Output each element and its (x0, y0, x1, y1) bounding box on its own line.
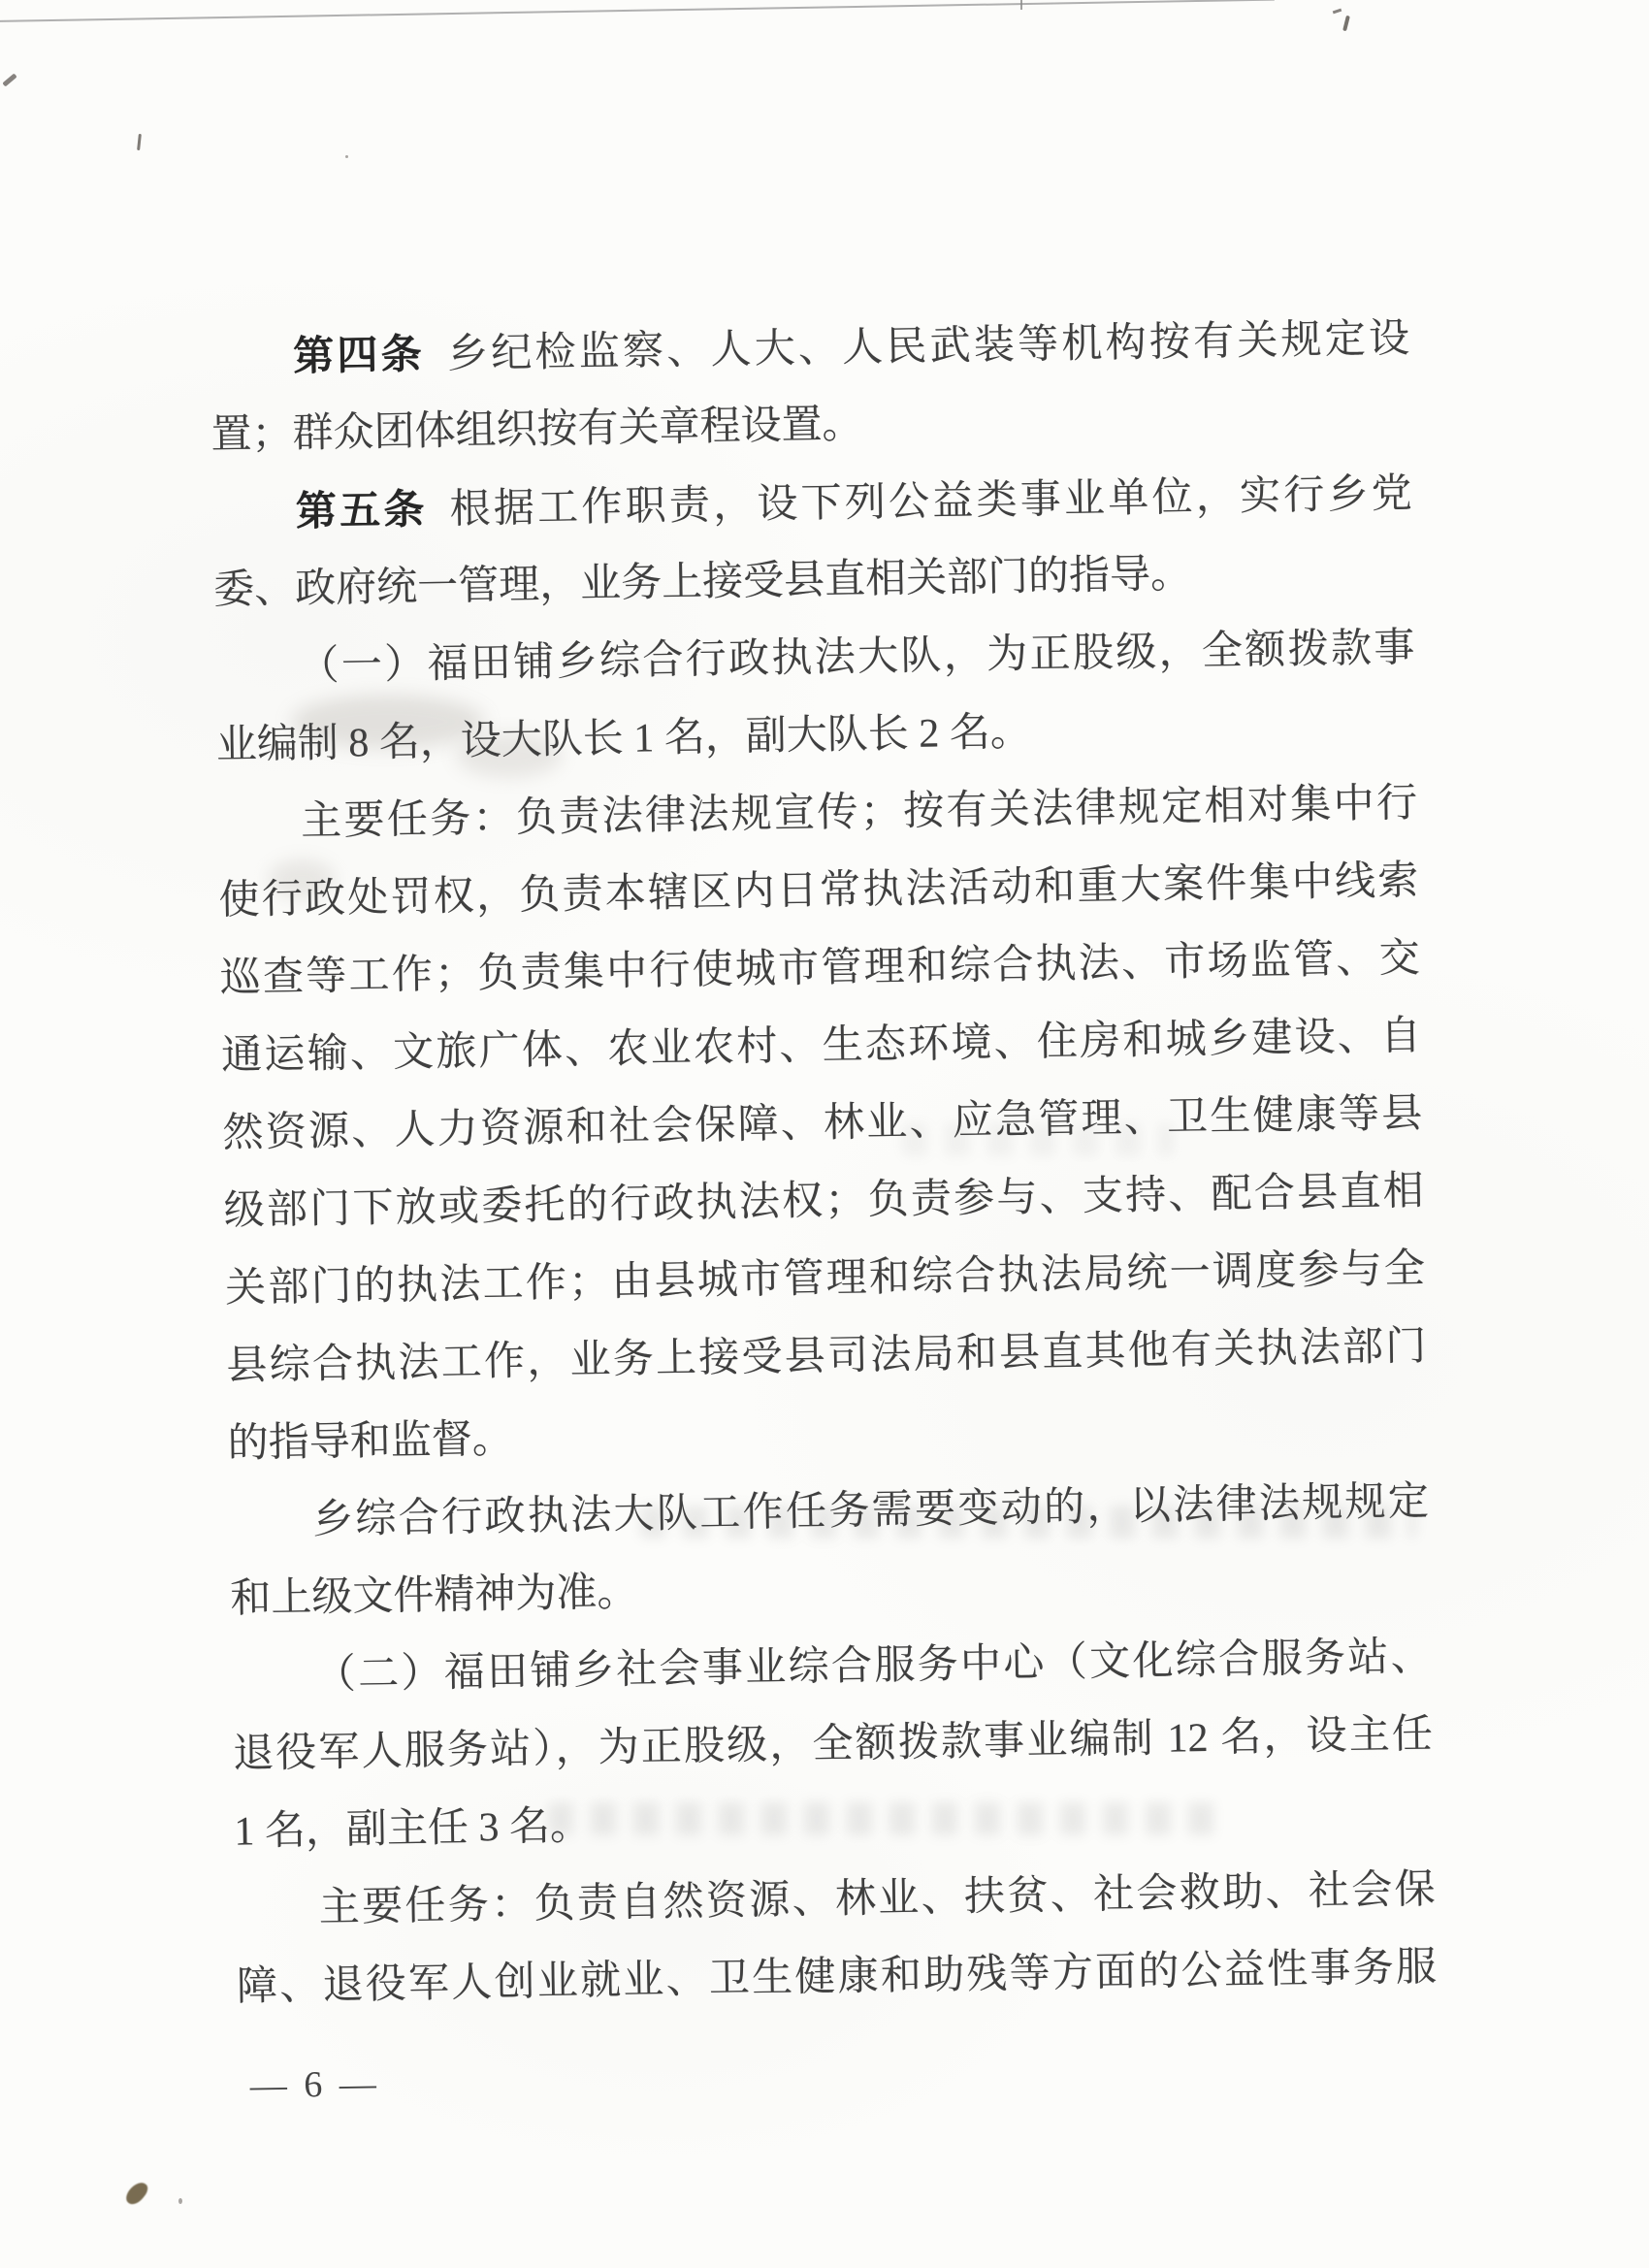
text-line-content: 根据工作职责，设下列公益类事业单位，实行乡党 (449, 471, 1412, 532)
body-text: 第四条乡纪检监察、人大、人民武装等机构按有关规定设 置；群众团体组织按有关章程设… (210, 299, 1438, 2025)
page-content: 第四条乡纪检监察、人大、人民武装等机构按有关规定设 置；群众团体组织按有关章程设… (0, 0, 1649, 2268)
article-number: 第五条 (295, 486, 428, 534)
article-number: 第四条 (293, 331, 426, 378)
text-line-content: 乡纪检监察、人大、人民武装等机构按有关规定设 (447, 316, 1410, 376)
page-number: — 6 — (249, 2045, 380, 2124)
scanned-document-page: 第四条乡纪检监察、人大、人民武装等机构按有关规定设 置；群众团体组织按有关章程设… (0, 0, 1649, 2268)
